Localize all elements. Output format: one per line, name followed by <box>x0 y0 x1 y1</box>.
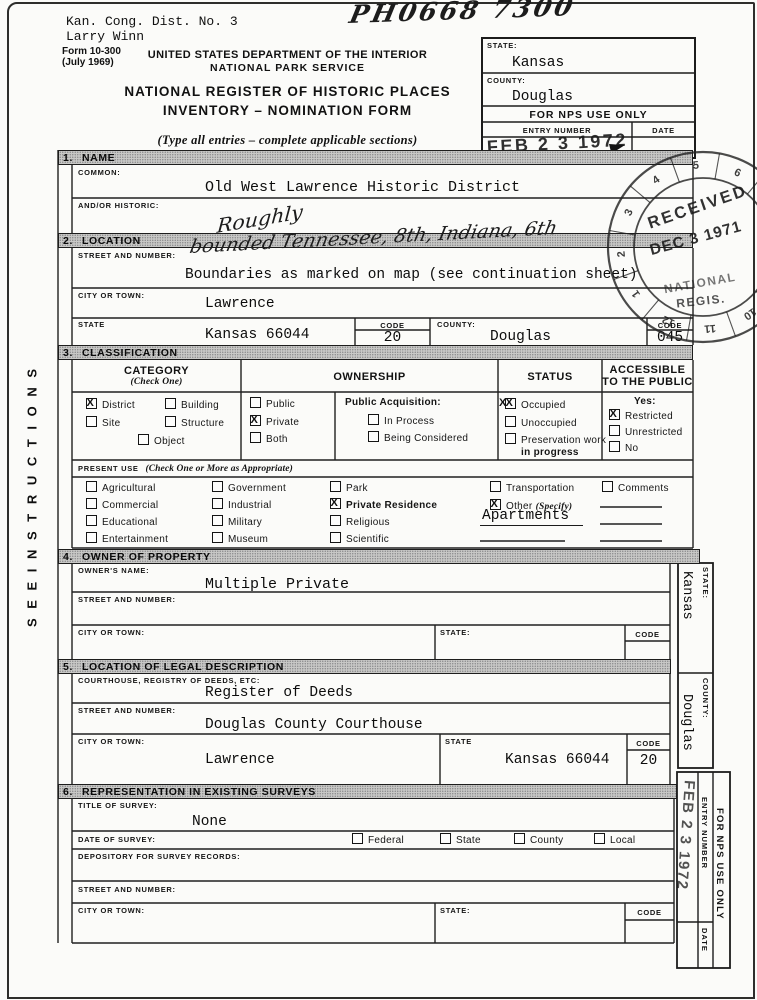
owner-code-label: CODE <box>625 630 670 639</box>
section5-number: 5. <box>63 661 73 673</box>
present-use-sublabel: (Check One or More as Appropriate) <box>145 464 292 474</box>
category-structure: Structure <box>165 416 224 429</box>
common-name-value: Old West Lawrence Historic District <box>205 179 520 196</box>
state-label: STATE <box>78 320 105 329</box>
structure-checkbox <box>165 416 176 427</box>
entertainment-checkbox <box>86 532 97 543</box>
public-checkbox <box>250 397 261 408</box>
federal-checkbox <box>352 833 363 844</box>
category-object: Object <box>138 434 185 447</box>
local-checkbox <box>594 833 605 844</box>
legal-street-value: Douglas County Courthouse <box>205 717 423 733</box>
received-stamp-org-line1: NATIONAL <box>663 270 737 296</box>
survey-city-label: CITY OR TOWN: <box>78 906 145 915</box>
industrial-label: Industrial <box>228 500 272 511</box>
ownership-public: Public <box>250 397 295 410</box>
unrestricted-checkbox <box>609 425 620 436</box>
religious-checkbox <box>330 515 341 526</box>
use-commercial: Commercial <box>86 498 158 511</box>
accessible-no: No <box>609 441 638 454</box>
preservation-label-line2: in progress <box>521 447 579 458</box>
state-code-label: CODE <box>355 321 430 330</box>
accessible-restricted: Restricted <box>609 409 673 422</box>
restricted-label: Restricted <box>625 411 673 422</box>
category-subheader: (Check One) <box>72 377 241 387</box>
commercial-checkbox <box>86 498 97 509</box>
use-park: Park <box>330 481 368 494</box>
educational-checkbox <box>86 515 97 526</box>
svg-text:4: 4 <box>650 173 663 187</box>
congressional-district-note-line2: Larry Winn <box>66 29 144 44</box>
acquisition-being-considered: Being Considered <box>368 431 468 444</box>
industrial-checkbox <box>212 498 223 509</box>
department-line2: NATIONAL PARK SERVICE <box>90 62 485 74</box>
in-process-checkbox <box>368 414 379 425</box>
svg-text:5: 5 <box>692 160 699 172</box>
section4-number: 4. <box>63 551 73 563</box>
federal-label: Federal <box>368 835 404 846</box>
scientific-label: Scientific <box>346 534 389 545</box>
building-label: Building <box>181 400 219 411</box>
sidebar-entry-number-label: ENTRY NUMBER <box>700 797 709 869</box>
section4-bar: 4.OWNER OF PROPERTY <box>58 549 700 564</box>
educational-label: Educational <box>102 517 158 528</box>
state-value: Kansas 66044 <box>205 327 309 343</box>
congressional-district-note-line1: Kan. Cong. Dist. No. 3 <box>66 14 238 29</box>
npsbox-state-value: Kansas <box>512 55 564 71</box>
use-museum: Museum <box>212 532 268 545</box>
ownership-header: OWNERSHIP <box>241 371 498 383</box>
local-checkbox-label: Local <box>610 835 635 846</box>
comments-label: Comments <box>618 483 669 494</box>
public-label: Public <box>266 399 295 410</box>
state-checkbox <box>440 833 451 844</box>
no-checkbox <box>609 441 620 452</box>
legal-code-label: CODE <box>627 739 670 748</box>
use-comments: Comments <box>602 481 669 494</box>
building-checkbox <box>165 398 176 409</box>
status-unoccupied: Unoccupied <box>505 416 577 429</box>
park-checkbox <box>330 481 341 492</box>
private-residence-checkbox <box>330 498 341 509</box>
district-checkbox <box>86 398 97 409</box>
unoccupied-label: Unoccupied <box>521 418 577 429</box>
occupied-label: Occupied <box>521 400 566 411</box>
private-checkbox <box>250 415 261 426</box>
museum-checkbox <box>212 532 223 543</box>
svg-text:6: 6 <box>732 166 743 179</box>
survey-county: County <box>514 833 564 846</box>
section6-bar: 6.REPRESENTATION IN EXISTING SURVEYS <box>58 784 677 799</box>
no-label: No <box>625 443 638 454</box>
survey-title-value: None <box>192 814 227 830</box>
section5-title: LOCATION OF LEGAL DESCRIPTION <box>82 661 284 673</box>
ownership-both: Both <box>250 432 288 445</box>
sidebar-state-value: Kansas <box>679 571 694 620</box>
owner-name-label: OWNER'S NAME: <box>78 566 149 575</box>
both-label: Both <box>266 434 288 445</box>
form-title-line2: INVENTORY – NOMINATION FORM <box>90 103 485 118</box>
section1-number: 1. <box>63 152 73 164</box>
see-instructions-note: S E E I N S T R U C T I O N S <box>25 327 40 667</box>
section2-number: 2. <box>63 235 73 247</box>
depository-label: DEPOSITORY FOR SURVEY RECORDS: <box>78 852 240 861</box>
county-label: COUNTY: <box>437 320 476 329</box>
legal-state-label: STATE <box>445 737 472 746</box>
npsbox-county-label: COUNTY: <box>487 76 526 85</box>
form-title-line1: NATIONAL REGISTER OF HISTORIC PLACES <box>90 84 485 99</box>
owner-street-label: STREET AND NUMBER: <box>78 595 176 604</box>
section5-bar: 5.LOCATION OF LEGAL DESCRIPTION <box>58 659 671 674</box>
state-checkbox-label: State <box>456 835 481 846</box>
courthouse-label: COURTHOUSE, REGISTRY OF DEEDS, ETC: <box>78 676 260 685</box>
npsbox-county-value: Douglas <box>512 89 573 105</box>
section3-number: 3. <box>63 347 73 359</box>
present-use-label-text: PRESENT USE <box>78 464 139 473</box>
accessible-yes-label: Yes: <box>634 396 656 407</box>
county-checkbox-label: County <box>530 835 564 846</box>
structure-label: Structure <box>181 418 224 429</box>
agricultural-label: Agricultural <box>102 483 156 494</box>
street-number-label: STREET AND NUMBER: <box>78 251 176 260</box>
use-educational: Educational <box>86 515 158 528</box>
use-religious: Religious <box>330 515 390 528</box>
district-label: District <box>102 400 135 411</box>
preservation-checkbox <box>505 433 516 444</box>
present-use-label: PRESENT USE (Check One or More as Approp… <box>78 464 293 474</box>
private-label: Private <box>266 417 299 428</box>
state-code-value: 20 <box>355 330 430 346</box>
survey-federal: Federal <box>352 833 404 846</box>
being-considered-label: Being Considered <box>384 433 468 444</box>
legal-street-label: STREET AND NUMBER: <box>78 706 176 715</box>
military-label: Military <box>228 517 262 528</box>
received-stamp-org-line2: REGIS. <box>676 291 727 310</box>
legal-city-value: Lawrence <box>205 752 275 768</box>
status-occupied: Occupied <box>505 398 566 411</box>
occupied-checkbox <box>505 398 516 409</box>
type-entries-note: (Type all entries – complete applicable … <box>90 133 485 148</box>
section6-title: REPRESENTATION IN EXISTING SURVEYS <box>82 786 316 798</box>
section3-title: CLASSIFICATION <box>82 347 178 359</box>
department-line1: UNITED STATES DEPARTMENT OF THE INTERIOR <box>90 49 485 61</box>
owner-state-label: STATE: <box>440 628 470 637</box>
preservation-label: Preservation work <box>521 435 606 446</box>
county-checkbox <box>514 833 525 844</box>
scientific-checkbox <box>330 532 341 543</box>
sidebar-county-value: Douglas <box>679 694 694 751</box>
county-value: Douglas <box>490 329 551 345</box>
survey-code-label: CODE <box>625 908 674 917</box>
transportation-checkbox <box>490 481 501 492</box>
sidebar-date-label: DATE <box>700 928 709 952</box>
sidebar-county-label: COUNTY: <box>701 678 710 719</box>
svg-text:12: 12 <box>660 313 676 329</box>
common-name-label: COMMON: <box>78 168 120 177</box>
city-town-label: CITY OR TOWN: <box>78 291 145 300</box>
received-stamp: 123456789101112 RECEIVED DEC 3 1971 NATI… <box>568 112 757 382</box>
department-header: UNITED STATES DEPARTMENT OF THE INTERIOR… <box>90 49 485 74</box>
object-label: Object <box>154 436 185 447</box>
svg-text:11: 11 <box>704 322 717 335</box>
svg-text:1: 1 <box>630 288 643 300</box>
accessible-unrestricted: Unrestricted <box>609 425 683 438</box>
scanned-form-page: Kan. Cong. Dist. No. 3 Larry Winn PH0668… <box>0 0 757 1000</box>
use-private-residence: Private Residence <box>330 498 437 511</box>
legal-city-label: CITY OR TOWN: <box>78 737 145 746</box>
use-scientific: Scientific <box>330 532 389 545</box>
site-label: Site <box>102 418 120 429</box>
use-transportation: Transportation <box>490 481 574 494</box>
survey-title-label: TITLE OF SURVEY: <box>78 801 157 810</box>
government-label: Government <box>228 483 286 494</box>
category-building: Building <box>165 398 219 411</box>
use-military: Military <box>212 515 262 528</box>
commercial-label: Commercial <box>102 500 158 511</box>
survey-street-label: STREET AND NUMBER: <box>78 885 176 894</box>
government-checkbox <box>212 481 223 492</box>
survey-local: Local <box>594 833 635 846</box>
survey-state: State <box>440 833 481 846</box>
status-preservation: Preservation work <box>505 433 606 446</box>
restricted-checkbox <box>609 409 620 420</box>
owner-name-value: Multiple Private <box>205 576 349 593</box>
survey-state-label: STATE: <box>440 906 470 915</box>
section6-number: 6. <box>63 786 73 798</box>
other-use-value: Apartments <box>480 508 583 526</box>
svg-text:10: 10 <box>741 305 757 322</box>
section1-title: NAME <box>82 152 115 164</box>
private-residence-label: Private Residence <box>346 500 437 511</box>
category-site: Site <box>86 416 120 429</box>
object-checkbox <box>138 434 149 445</box>
acquisition-in-process: In Process <box>368 414 434 427</box>
legal-state-value: Kansas 66044 <box>505 752 609 768</box>
section2-title: LOCATION <box>82 235 141 247</box>
use-entertainment: Entertainment <box>86 532 168 545</box>
category-header: CATEGORY <box>72 365 241 377</box>
use-agricultural: Agricultural <box>86 481 156 494</box>
comments-checkbox <box>602 481 613 492</box>
use-industrial: Industrial <box>212 498 272 511</box>
transportation-label: Transportation <box>506 483 574 494</box>
section4-title: OWNER OF PROPERTY <box>82 551 211 563</box>
owner-city-label: CITY OR TOWN: <box>78 628 145 637</box>
both-checkbox <box>250 432 261 443</box>
park-label: Park <box>346 483 368 494</box>
survey-date-label: DATE OF SURVEY: <box>78 835 156 844</box>
site-checkbox <box>86 416 97 427</box>
in-process-label: In Process <box>384 416 434 427</box>
npsbox-state-label: STATE: <box>487 41 517 50</box>
historic-name-label: AND/OR HISTORIC: <box>78 201 159 210</box>
unrestricted-label: Unrestricted <box>625 427 683 438</box>
entertainment-label: Entertainment <box>102 534 168 545</box>
legal-code-value: 20 <box>627 753 670 769</box>
sidebar-state-label: STATE: <box>701 567 710 599</box>
military-checkbox <box>212 515 223 526</box>
ownership-private: Private <box>250 415 299 428</box>
agricultural-checkbox <box>86 481 97 492</box>
being-considered-checkbox <box>368 431 379 442</box>
category-district: District <box>86 398 135 411</box>
use-government: Government <box>212 481 286 494</box>
public-acquisition-label: Public Acquisition: <box>345 397 441 408</box>
form-title: NATIONAL REGISTER OF HISTORIC PLACES INV… <box>90 84 485 118</box>
svg-text:3: 3 <box>622 207 635 218</box>
unoccupied-checkbox <box>505 416 516 427</box>
museum-label: Museum <box>228 534 268 545</box>
courthouse-value: Register of Deeds <box>205 685 353 701</box>
svg-text:2: 2 <box>616 251 628 258</box>
religious-label: Religious <box>346 517 390 528</box>
sidebar-for-nps-label: FOR NPS USE ONLY <box>714 808 725 920</box>
city-town-value: Lawrence <box>205 296 275 312</box>
